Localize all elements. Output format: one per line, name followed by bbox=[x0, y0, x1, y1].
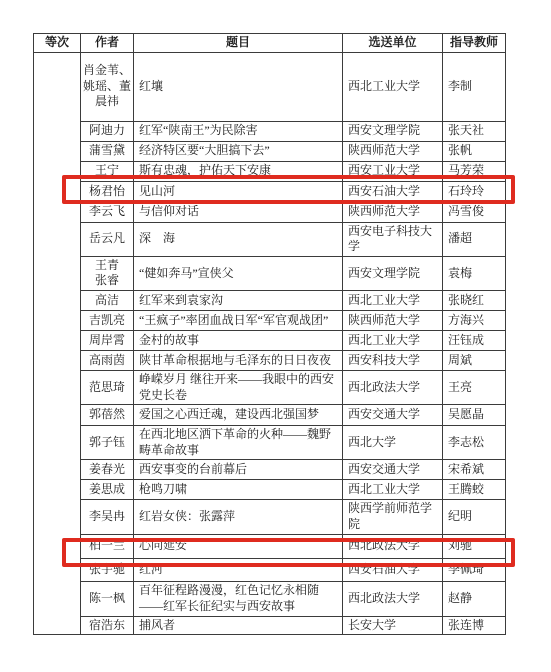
unit-cell: 西安工业大学 bbox=[343, 161, 443, 181]
title-cell: 西安事变的台前幕后 bbox=[134, 460, 343, 480]
author-cell: 蒲雪黛 bbox=[81, 141, 134, 161]
rank-cell bbox=[34, 52, 81, 635]
unit-cell: 西安石油大学 bbox=[343, 181, 443, 202]
title-cell: 枪鸣刀啸 bbox=[134, 480, 343, 500]
teacher-cell: 李制 bbox=[443, 52, 506, 121]
author-cell: 岳云凡 bbox=[81, 222, 134, 256]
teacher-cell: 赵静 bbox=[443, 581, 506, 616]
author-cell: 肖金苇、姚瑶、董晨祎 bbox=[81, 52, 134, 121]
unit-cell: 西北政法大学 bbox=[343, 534, 443, 558]
teacher-cell: 周斌 bbox=[443, 350, 506, 370]
title-cell: 红军来到袁家沟 bbox=[134, 290, 343, 310]
author-cell: 姜春光 bbox=[81, 460, 134, 480]
table-row: 柏一兰 心向延安 西北政法大学 刘驰 bbox=[34, 534, 506, 558]
teacher-cell: 纪明 bbox=[443, 500, 506, 534]
header-teacher: 指导教师 bbox=[443, 34, 506, 53]
unit-cell: 西北政法大学 bbox=[343, 370, 443, 404]
title-cell: 金村的故事 bbox=[134, 330, 343, 350]
author-cell: 王青 张睿 bbox=[81, 256, 134, 290]
teacher-cell: 王亮 bbox=[443, 370, 506, 404]
author-cell: 李云飞 bbox=[81, 202, 134, 222]
title-cell: 红岩女侠：张露萍 bbox=[134, 500, 343, 534]
author-cell: 吉凯亮 bbox=[81, 310, 134, 330]
table-row: 陈一枫 百年征程路漫漫，红色记忆永相随——红军长征纪实与西安故事 西北政法大学 … bbox=[34, 581, 506, 616]
unit-cell: 长安大学 bbox=[343, 616, 443, 635]
award-list-table: 等次 作者 题目 选送单位 指导教师 肖金苇、姚瑶、董晨祎 红壤 西北工业大学 … bbox=[33, 33, 506, 635]
unit-cell: 西安科技大学 bbox=[343, 350, 443, 370]
author-cell: 张宇驰 bbox=[81, 558, 134, 581]
teacher-cell: 刘驰 bbox=[443, 534, 506, 558]
table-row: 高雨茵 陕甘革命根据地与毛泽东的日日夜夜 西安科技大学 周斌 bbox=[34, 350, 506, 370]
table-row: 蒲雪黛 经济特区要“大胆搞下去” 陕西师范大学 张帆 bbox=[34, 141, 506, 161]
table-row: 李云飞 与信仰对话 陕西师范大学 冯雪俊 bbox=[34, 202, 506, 222]
unit-cell: 陕西师范大学 bbox=[343, 202, 443, 222]
teacher-cell: 张天社 bbox=[443, 121, 506, 141]
unit-cell: 西安电子科技大学 bbox=[343, 222, 443, 256]
title-cell: 峥嵘岁月 继往开来——我眼中的西安党史长卷 bbox=[134, 370, 343, 404]
unit-cell: 西安石油大学 bbox=[343, 558, 443, 581]
author-cell: 柏一兰 bbox=[81, 534, 134, 558]
author-cell: 范思琦 bbox=[81, 370, 134, 404]
teacher-cell: 张帆 bbox=[443, 141, 506, 161]
unit-cell: 陕西学前师范学院 bbox=[343, 500, 443, 534]
unit-cell: 陕西师范大学 bbox=[343, 141, 443, 161]
author-cell: 郭蓓然 bbox=[81, 405, 134, 426]
table-row-highlighted: 杨君怡 见山河 西安石油大学 石玲玲 bbox=[34, 181, 506, 202]
table-row: 李吴冉 红岩女侠：张露萍 陕西学前师范学院 纪明 bbox=[34, 500, 506, 534]
table-row: 郭蓓然 爱国之心西迁魂，建设西北强国梦 西安交通大学 吴愿晶 bbox=[34, 405, 506, 426]
unit-cell: 西北大学 bbox=[343, 426, 443, 460]
author-cell: 高洁 bbox=[81, 290, 134, 310]
document-page: 等次 作者 题目 选送单位 指导教师 肖金苇、姚瑶、董晨祎 红壤 西北工业大学 … bbox=[0, 0, 551, 672]
author-cell: 高雨茵 bbox=[81, 350, 134, 370]
table-row: 岳云凡 深 海 西安电子科技大学 潘超 bbox=[34, 222, 506, 256]
unit-cell: 西安交通大学 bbox=[343, 405, 443, 426]
teacher-cell: 李志松 bbox=[443, 426, 506, 460]
table-row: 王宁 斯有忠魂，护佑天下安康 西安工业大学 马芳荣 bbox=[34, 161, 506, 181]
unit-cell: 西安文理学院 bbox=[343, 121, 443, 141]
unit-cell: 西北工业大学 bbox=[343, 290, 443, 310]
table-row: 王青 张睿 “健如奔马”宣侠父 西安文理学院 袁梅 bbox=[34, 256, 506, 290]
title-cell: “王疯子”率团血战日军“军官观战团” bbox=[134, 310, 343, 330]
title-cell: 爱国之心西迁魂，建设西北强国梦 bbox=[134, 405, 343, 426]
title-cell: 在西北地区洒下革命的火种——魏野畴革命故事 bbox=[134, 426, 343, 460]
table-header-row: 等次 作者 题目 选送单位 指导教师 bbox=[34, 34, 506, 53]
title-cell: “健如奔马”宣侠父 bbox=[134, 256, 343, 290]
table-row: 吉凯亮 “王疯子”率团血战日军“军官观战团” 陕西师范大学 方海兴 bbox=[34, 310, 506, 330]
title-cell: 深 海 bbox=[134, 222, 343, 256]
title-cell: 见山河 bbox=[134, 181, 343, 202]
teacher-cell: 潘超 bbox=[443, 222, 506, 256]
table-row: 阿迪力 红军“陕南王”为民除害 西安文理学院 张天社 bbox=[34, 121, 506, 141]
author-cell: 杨君怡 bbox=[81, 181, 134, 202]
table-row: 范思琦 峥嵘岁月 继往开来——我眼中的西安党史长卷 西北政法大学 王亮 bbox=[34, 370, 506, 404]
teacher-cell: 马芳荣 bbox=[443, 161, 506, 181]
teacher-cell: 宋希斌 bbox=[443, 460, 506, 480]
teacher-cell: 冯雪俊 bbox=[443, 202, 506, 222]
teacher-cell: 吴愿晶 bbox=[443, 405, 506, 426]
title-cell: 斯有忠魂，护佑天下安康 bbox=[134, 161, 343, 181]
title-cell: 百年征程路漫漫，红色记忆永相随——红军长征纪实与西安故事 bbox=[134, 581, 343, 616]
teacher-cell: 王腾蛟 bbox=[443, 480, 506, 500]
teacher-cell: 汪钰成 bbox=[443, 330, 506, 350]
header-author: 作者 bbox=[81, 34, 134, 53]
table-row: 姜春光 西安事变的台前幕后 西安交通大学 宋希斌 bbox=[34, 460, 506, 480]
title-cell: 红壤 bbox=[134, 52, 343, 121]
table-row: 肖金苇、姚瑶、董晨祎 红壤 西北工业大学 李制 bbox=[34, 52, 506, 121]
teacher-cell: 石玲玲 bbox=[443, 181, 506, 202]
unit-cell: 西安交通大学 bbox=[343, 460, 443, 480]
header-title: 题目 bbox=[134, 34, 343, 53]
unit-cell: 西北工业大学 bbox=[343, 52, 443, 121]
teacher-cell: 李佩琦 bbox=[443, 558, 506, 581]
author-cell: 宿浩东 bbox=[81, 616, 134, 635]
title-cell: 心向延安 bbox=[134, 534, 343, 558]
unit-cell: 西北工业大学 bbox=[343, 330, 443, 350]
unit-cell: 西安文理学院 bbox=[343, 256, 443, 290]
table-row: 姜思成 枪鸣刀啸 西北工业大学 王腾蛟 bbox=[34, 480, 506, 500]
author-cell: 阿迪力 bbox=[81, 121, 134, 141]
author-cell: 周岸霄 bbox=[81, 330, 134, 350]
author-cell: 姜思成 bbox=[81, 480, 134, 500]
teacher-cell: 张晓红 bbox=[443, 290, 506, 310]
title-cell: 经济特区要“大胆搞下去” bbox=[134, 141, 343, 161]
unit-cell: 西北工业大学 bbox=[343, 480, 443, 500]
header-rank: 等次 bbox=[34, 34, 81, 53]
table-row: 周岸霄 金村的故事 西北工业大学 汪钰成 bbox=[34, 330, 506, 350]
author-cell: 郭子钰 bbox=[81, 426, 134, 460]
author-cell: 李吴冉 bbox=[81, 500, 134, 534]
table-row: 郭子钰 在西北地区洒下革命的火种——魏野畴革命故事 西北大学 李志松 bbox=[34, 426, 506, 460]
teacher-cell: 方海兴 bbox=[443, 310, 506, 330]
author-cell: 王宁 bbox=[81, 161, 134, 181]
teacher-cell: 袁梅 bbox=[443, 256, 506, 290]
header-unit: 选送单位 bbox=[343, 34, 443, 53]
unit-cell: 陕西师范大学 bbox=[343, 310, 443, 330]
title-cell: 红军“陕南王”为民除害 bbox=[134, 121, 343, 141]
title-cell: 陕甘革命根据地与毛泽东的日日夜夜 bbox=[134, 350, 343, 370]
table-row-highlighted: 张宇驰 红河 西安石油大学 李佩琦 bbox=[34, 558, 506, 581]
unit-cell: 西北政法大学 bbox=[343, 581, 443, 616]
title-cell: 红河 bbox=[134, 558, 343, 581]
table-row: 宿浩东 捕风者 长安大学 张连博 bbox=[34, 616, 506, 635]
author-cell: 陈一枫 bbox=[81, 581, 134, 616]
title-cell: 与信仰对话 bbox=[134, 202, 343, 222]
table-row: 高洁 红军来到袁家沟 西北工业大学 张晓红 bbox=[34, 290, 506, 310]
teacher-cell: 张连博 bbox=[443, 616, 506, 635]
title-cell: 捕风者 bbox=[134, 616, 343, 635]
